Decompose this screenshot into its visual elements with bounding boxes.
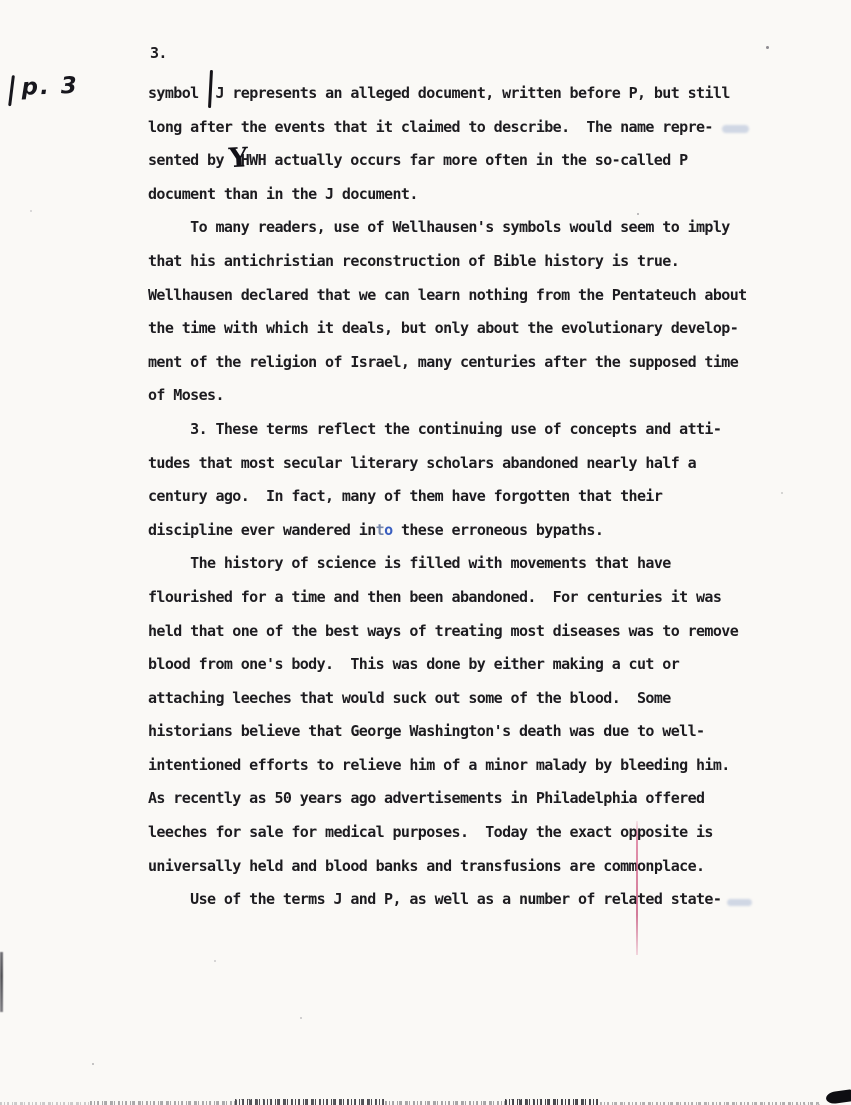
typed-line: of Moses. — [148, 379, 838, 413]
typed-line: sented by YHWH actually occurs far more … — [148, 144, 838, 178]
paper-speck — [766, 46, 769, 49]
text-segment: the time with which it deals, but only a… — [148, 319, 738, 337]
ink-smudge — [722, 125, 749, 133]
typed-line: As recently as 50 years ago advertisemen… — [148, 782, 838, 816]
text-segment: HWH actually occurs far more often in th… — [241, 151, 688, 169]
text-segment: J represents an alleged document, writte… — [215, 84, 729, 102]
text-segment: 3. These terms reflect the continuing us… — [148, 420, 721, 438]
text-segment: tudes that most secular literary scholar… — [148, 454, 696, 472]
typed-line: To many readers, use of Wellhausen's sym… — [148, 211, 838, 245]
ink-smudge — [727, 899, 752, 906]
paper-speck — [30, 210, 32, 212]
text-segment: sented by — [148, 151, 232, 169]
text-segment: The history of science is filled with mo… — [148, 554, 671, 572]
typed-line: document than in the J document. — [148, 178, 838, 212]
page-number: 3. — [150, 44, 167, 62]
noise-speckle — [505, 1099, 600, 1105]
typed-line: flourished for a time and then been aban… — [148, 581, 838, 615]
text-segment: universally held and blood banks and tra… — [148, 857, 704, 875]
text-segment: attaching leeches that would suck out so… — [148, 689, 671, 707]
scan-edge-artifact — [0, 952, 3, 1012]
paper-speck — [420, 561, 422, 563]
paper-speck — [214, 960, 216, 962]
text-segment: flourished for a time and then been aban… — [148, 588, 721, 606]
text-segment: document than in the J document. — [148, 185, 418, 203]
typed-line: attaching leeches that would suck out so… — [148, 682, 838, 716]
text-segment: century ago. In fact, many of them have … — [148, 487, 662, 505]
text-segment: Wellhausen declared that we can learn no… — [148, 286, 747, 304]
text-segment: these erroneous bypaths. — [393, 521, 604, 539]
text-segment: held that one of the best ways of treati… — [148, 622, 738, 640]
text-segment: historians believe that George Washingto… — [148, 722, 704, 740]
text-segment: symbol — [148, 84, 199, 102]
typed-line: symbol J represents an alleged document,… — [148, 77, 838, 111]
insertion-gap — [199, 84, 216, 102]
text-segment: As recently as 50 years ago advertisemen… — [148, 789, 704, 807]
annotation-text: p. 3 — [21, 73, 79, 101]
scan-noise-band — [0, 1094, 851, 1105]
typed-line: century ago. In fact, many of them have … — [148, 480, 838, 514]
typed-over-t: t — [376, 521, 384, 539]
text-segment: intentioned efforts to relieve him of a … — [148, 756, 730, 774]
pink-crease-line — [636, 821, 638, 955]
noise-speckle — [385, 1101, 505, 1105]
typed-text-block: symbol J represents an alleged document,… — [148, 77, 838, 917]
paper-speck — [781, 492, 783, 494]
noise-speckle — [235, 1099, 385, 1105]
text-segment: ment of the religion of Israel, many cen… — [148, 353, 738, 371]
paper-speck — [300, 1017, 302, 1019]
typed-line: blood from one's body. This was done by … — [148, 648, 838, 682]
text-segment: discipline ever wandered in — [148, 521, 376, 539]
blue-correction-o: o — [384, 521, 392, 539]
text-segment: that his antichristian reconstruction of… — [148, 252, 679, 270]
paper-speck — [637, 213, 639, 215]
text-segment: blood from one's body. This was done by … — [148, 655, 679, 673]
typed-line: universally held and blood banks and tra… — [148, 850, 838, 884]
margin-annotation: p. 3 — [9, 73, 79, 106]
typed-line: the time with which it deals, but only a… — [148, 312, 838, 346]
typed-line: historians believe that George Washingto… — [148, 715, 838, 749]
typed-line: held that one of the best ways of treati… — [148, 615, 838, 649]
text-segment: leeches for sale for medical purposes. T… — [148, 823, 713, 841]
text-segment: of Moses. — [148, 386, 224, 404]
typed-line: 3. These terms reflect the continuing us… — [148, 413, 838, 447]
typed-line: The history of science is filled with mo… — [148, 547, 838, 581]
scanned-page: p. 3 3. symbol J represents an alleged d… — [0, 0, 851, 1105]
typed-line: Wellhausen declared that we can learn no… — [148, 279, 838, 313]
text-segment: long after the events that it claimed to… — [148, 118, 713, 136]
typed-line: that his antichristian reconstruction of… — [148, 245, 838, 279]
text-segment: To many readers, use of Wellhausen's sym… — [148, 218, 730, 236]
noise-speckle — [90, 1101, 235, 1105]
paper-speck — [92, 1063, 94, 1065]
annotation-pen-stroke — [8, 75, 14, 106]
typed-line: tudes that most secular literary scholar… — [148, 447, 838, 481]
corner-ink-blob — [825, 1089, 851, 1105]
typed-line: leeches for sale for medical purposes. T… — [148, 816, 838, 850]
typed-line: ment of the religion of Israel, many cen… — [148, 346, 838, 380]
typed-line: discipline ever wandered into these erro… — [148, 514, 838, 548]
typed-line: intentioned efforts to relieve him of a … — [148, 749, 838, 783]
